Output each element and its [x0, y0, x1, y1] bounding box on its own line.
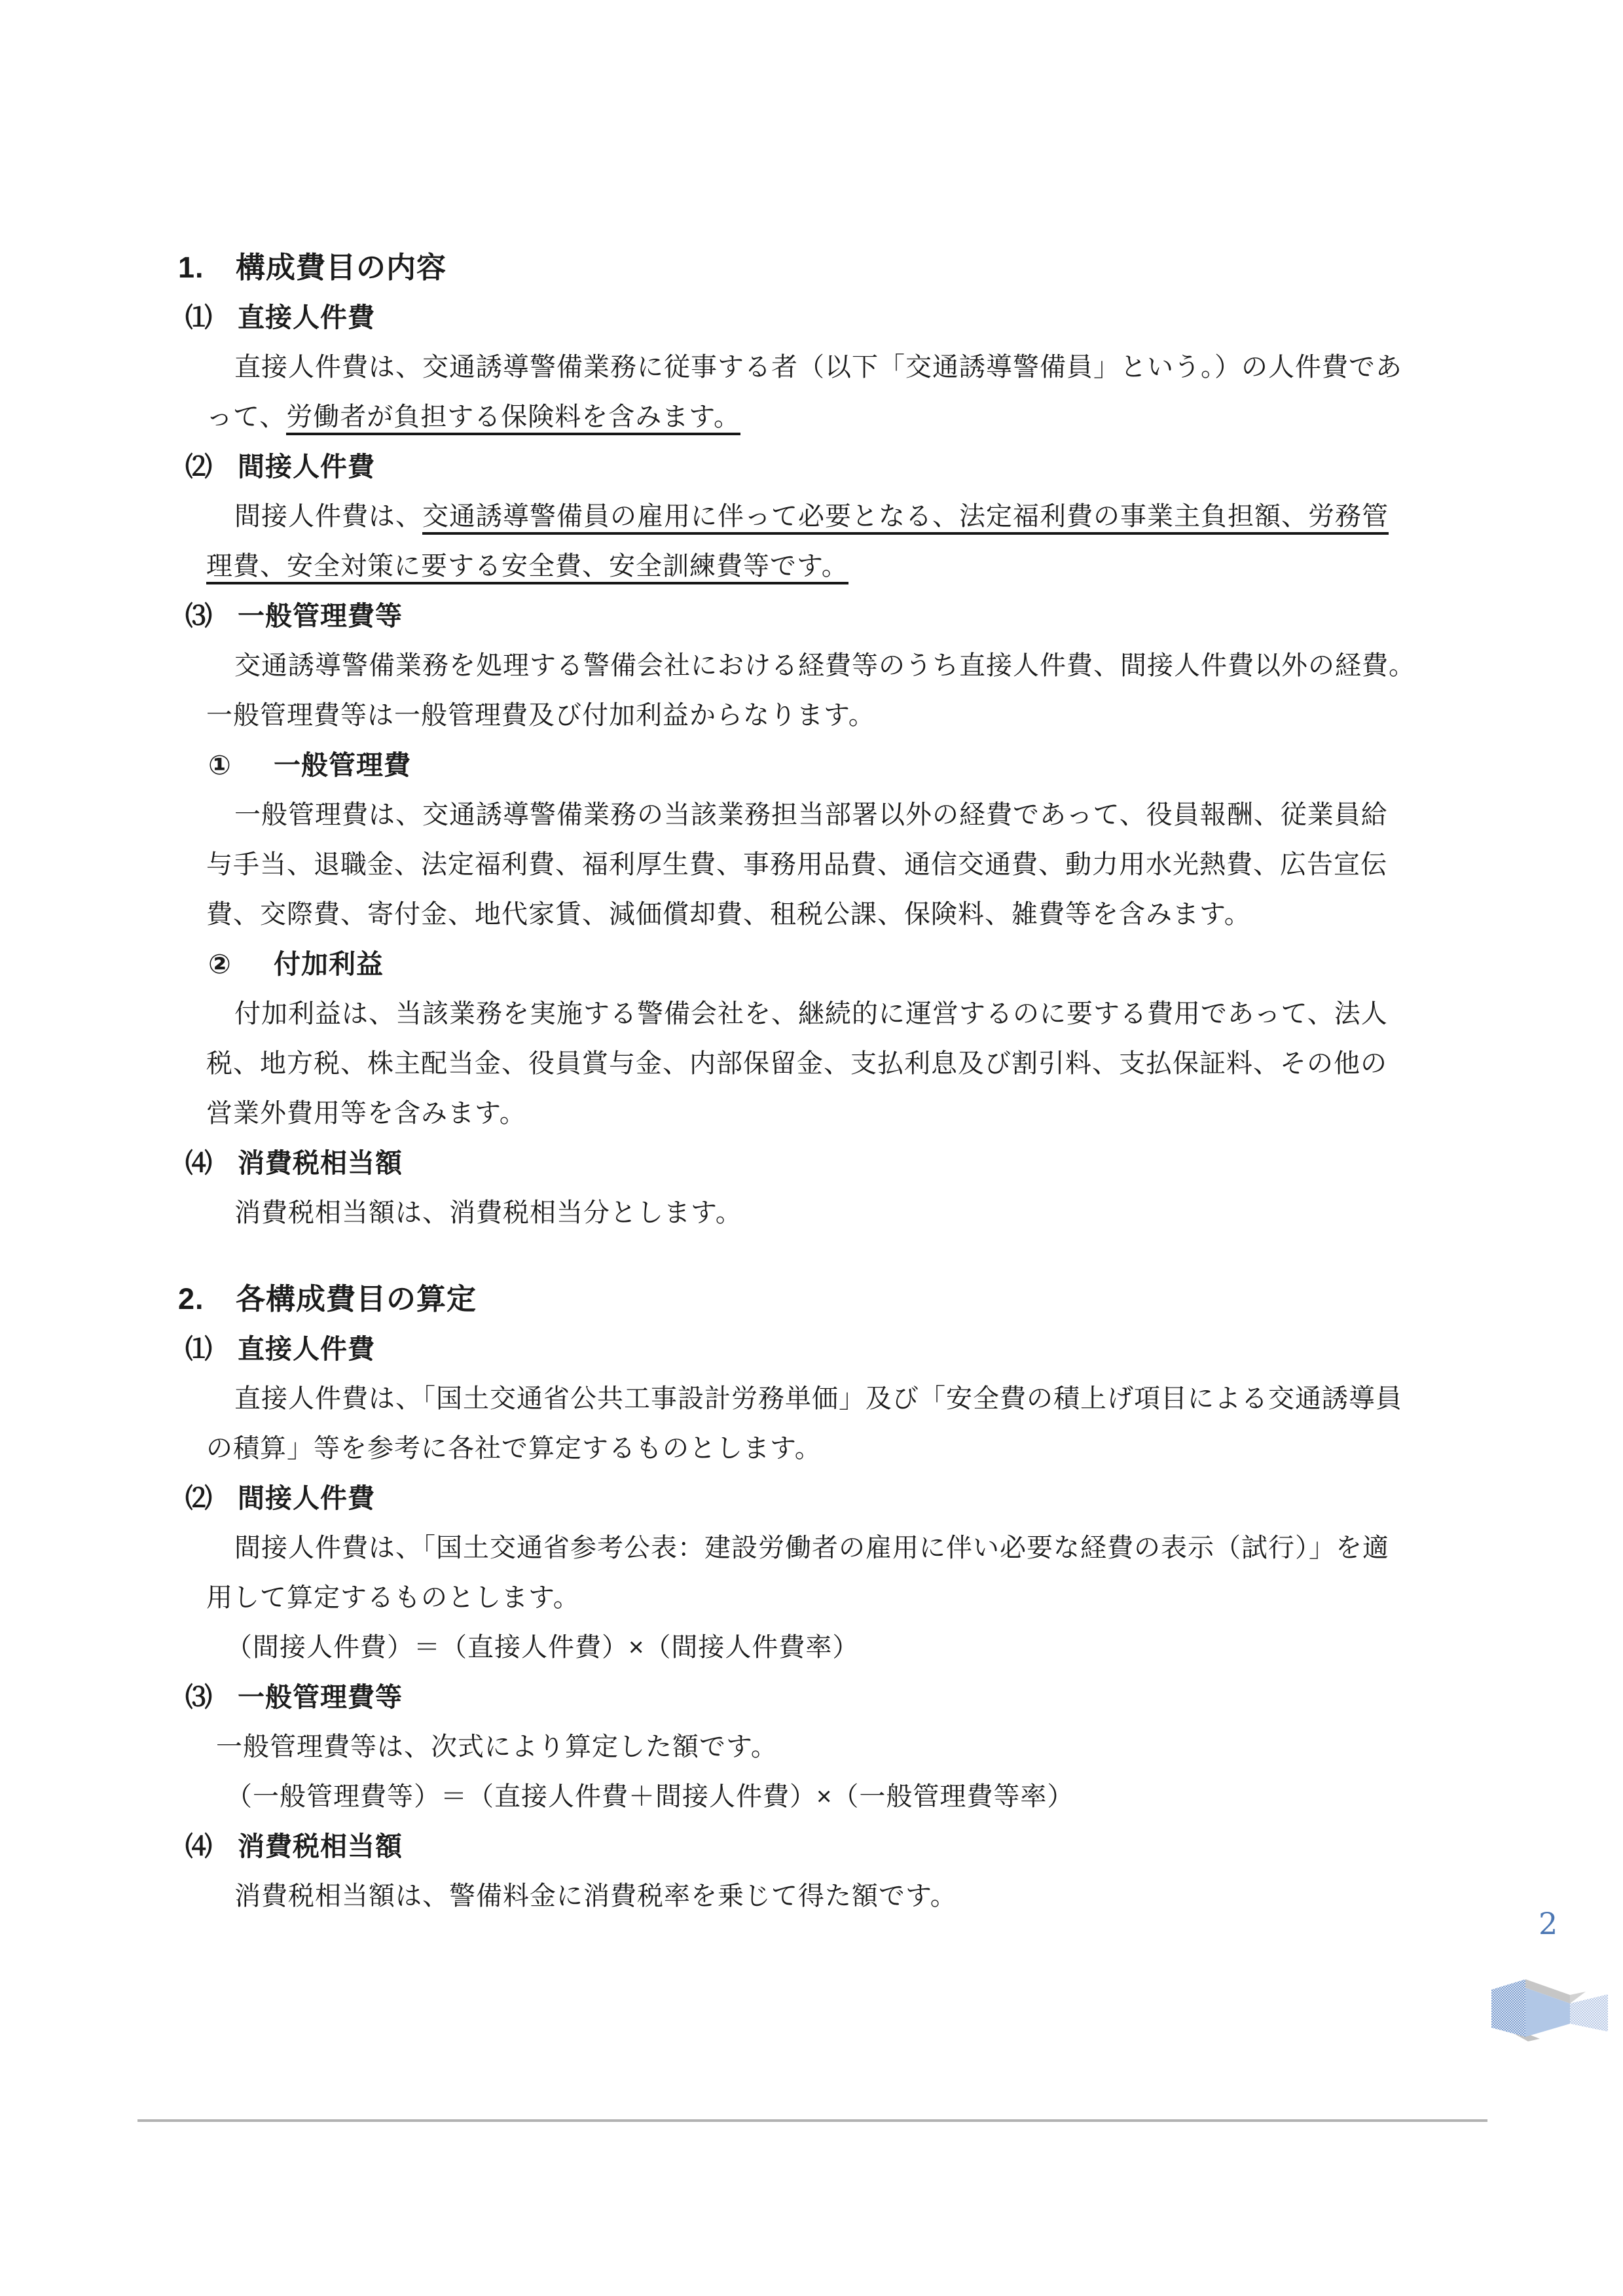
ribbon-decoration [1486, 1974, 1611, 2042]
text-segment: 付加利益 [274, 949, 384, 979]
text-segment: 一般管理費等 [238, 1682, 403, 1712]
document-page: 1.構成費目の内容⑴直接人件費直接人件費は、交通誘導警備業務に従事する者（以下「… [0, 0, 1623, 2296]
formula-line: （間接人件費）＝（直接人件費）×（間接人件費率） [0, 1623, 1623, 1672]
text-segment: 間接人件費 [238, 1483, 375, 1513]
text-segment: 与手当、退職金、法定福利費、福利厚生費、事務用品費、通信交通費、動力用水光熱費、… [206, 850, 1387, 879]
item-number: ⑶ [185, 591, 238, 641]
document-body: 1.構成費目の内容⑴直接人件費直接人件費は、交通誘導警備業務に従事する者（以下「… [0, 243, 1623, 1921]
paragraph-line: 直接人件費は、「国土交通省公共工事設計労務単価」及び「安全費の積上げ項目による交… [0, 1374, 1623, 1424]
paragraph-line: 付加利益は、当該業務を実施する警備会社を、継続的に運営するのに要する費用であって… [0, 989, 1623, 1039]
item-number: ② [208, 939, 274, 989]
paragraph-line: 一般管理費等は、次式により算定した額です。 [0, 1722, 1623, 1772]
item-number: ⑷ [185, 1138, 238, 1188]
paragraph-line: 交通誘導警備業務を処理する警備会社における経費等のうち直接人件費、間接人件費以外… [0, 641, 1623, 691]
text-segment: （一般管理費等）＝（直接人件費＋間接人件費）×（一般管理費等率） [226, 1782, 1074, 1811]
paragraph-line: 営業外費用等を含みます。 [0, 1088, 1623, 1138]
text-segment: 一般管理費等 [238, 601, 403, 631]
paragraph-line: 間接人件費は、交通誘導警備員の雇用に伴って必要となる、法定福利費の事業主負担額、… [0, 492, 1623, 541]
item-heading: ⑴直接人件費 [0, 293, 1623, 342]
item-heading: ⑵間接人件費 [0, 442, 1623, 492]
text-segment: 消費税相当額 [238, 1831, 403, 1861]
text-segment: 付加利益は、当該業務を実施する警備会社を、継続的に運営するのに要する費用であって… [234, 999, 1388, 1028]
section-title: 2.各構成費目の算定 [0, 1274, 1623, 1324]
item-heading: ⑵間接人件費 [0, 1473, 1623, 1523]
text-segment: 構成費目の内容 [236, 251, 447, 284]
item-number: ⑷ [185, 1821, 238, 1871]
text-segment: 消費税相当額は、警備料金に消費税率を乗じて得た額です。 [234, 1882, 957, 1910]
item-number: ⑴ [185, 1324, 238, 1374]
spacer [0, 1238, 1623, 1274]
underlined-text: 労働者が負担する保険料を含みます。 [286, 403, 740, 435]
paragraph-line: 消費税相当額は、警備料金に消費税率を乗じて得た額です。 [0, 1871, 1623, 1921]
text-segment: 消費税相当額は、消費税相当分とします。 [234, 1198, 742, 1227]
item-number: ⑴ [185, 293, 238, 342]
paragraph-line: 一般管理費は、交通誘導警備業務の当該業務担当部署以外の経費であって、役員報酬、従… [0, 790, 1623, 840]
sub-item-heading: ①一般管理費 [0, 740, 1623, 790]
text-segment: 間接人件費は、 [234, 502, 422, 531]
paragraph-line: 理費、安全対策に要する安全費、安全訓練費等です。 [0, 541, 1623, 591]
text-segment: 一般管理費等は一般管理費及び付加利益からなります。 [206, 701, 875, 730]
item-heading: ⑷消費税相当額 [0, 1821, 1623, 1871]
paragraph-line: 税、地方税、株主配当金、役員賞与金、内部保留金、支払利息及び割引料、支払保証料、… [0, 1039, 1623, 1088]
formula-line: （一般管理費等）＝（直接人件費＋間接人件費）×（一般管理費等率） [0, 1772, 1623, 1821]
item-number: ⑵ [185, 1473, 238, 1523]
text-segment: 一般管理費等は、次式により算定した額です。 [216, 1732, 778, 1761]
text-segment: の積算」等を参考に各社で算定するものとします。 [206, 1434, 822, 1463]
paragraph-line: 費、交際費、寄付金、地代家賃、減価償却費、租税公課、保険料、雑費等を含みます。 [0, 889, 1623, 939]
underlined-text: 理費、安全対策に要する安全費、安全訓練費等です。 [206, 552, 848, 584]
sub-item-heading: ②付加利益 [0, 939, 1623, 989]
item-number: ⑶ [185, 1672, 238, 1722]
section-title: 1.構成費目の内容 [0, 243, 1623, 293]
item-heading: ⑴直接人件費 [0, 1324, 1623, 1374]
text-segment: 一般管理費は、交通誘導警備業務の当該業務担当部署以外の経費であって、役員報酬、従… [234, 800, 1388, 829]
text-segment: 間接人件費は、「国土交通省参考公表：建設労働者の雇用に伴い必要な経費の表示（試行… [234, 1534, 1389, 1562]
paragraph-line: の積算」等を参考に各社で算定するものとします。 [0, 1424, 1623, 1473]
text-segment: 直接人件費 [238, 302, 375, 332]
text-segment: 用して算定するものとします。 [206, 1583, 580, 1612]
paragraph-line: 与手当、退職金、法定福利費、福利厚生費、事務用品費、通信交通費、動力用水光熱費、… [0, 840, 1623, 889]
paragraph-line: って、労働者が負担する保険料を含みます。 [0, 392, 1623, 442]
paragraph-line: 直接人件費は、交通誘導警備業務に従事する者（以下「交通誘導警備員」という。）の人… [0, 342, 1623, 392]
text-segment: 税、地方税、株主配当金、役員賞与金、内部保留金、支払利息及び割引料、支払保証料、… [206, 1049, 1387, 1078]
text-segment: 消費税相当額 [238, 1148, 403, 1178]
item-heading: ⑶一般管理費等 [0, 1672, 1623, 1722]
paragraph-line: 一般管理費等は一般管理費及び付加利益からなります。 [0, 691, 1623, 740]
text-segment: 各構成費目の算定 [236, 1282, 477, 1316]
page-number: 2 [1539, 1906, 1558, 1941]
item-number: ① [208, 740, 274, 790]
paragraph-line: 間接人件費は、「国土交通省参考公表：建設労働者の雇用に伴い必要な経費の表示（試行… [0, 1523, 1623, 1573]
underlined-text: 交通誘導警備員の雇用に伴って必要となる、法定福利費の事業主負担額、労務管 [422, 502, 1389, 535]
text-segment: 交通誘導警備業務を処理する警備会社における経費等のうち直接人件費、間接人件費以外… [234, 651, 1415, 680]
text-segment: って、 [206, 403, 286, 431]
text-segment: 直接人件費は、「国土交通省公共工事設計労務単価」及び「安全費の積上げ項目による交… [234, 1384, 1402, 1413]
text-segment: 直接人件費は、交通誘導警備業務に従事する者（以下「交通誘導警備員」という。）の人… [234, 353, 1402, 382]
item-heading: ⑶一般管理費等 [0, 591, 1623, 641]
item-number: ⑵ [185, 442, 238, 492]
text-segment: 費、交際費、寄付金、地代家賃、減価償却費、租税公課、保険料、雑費等を含みます。 [206, 900, 1251, 929]
text-segment: 一般管理費 [274, 750, 411, 780]
footer-divider [137, 2119, 1487, 2122]
text-segment: （間接人件費）＝（直接人件費）×（間接人件費率） [226, 1633, 859, 1662]
paragraph-line: 消費税相当額は、消費税相当分とします。 [0, 1188, 1623, 1238]
text-segment: 直接人件費 [238, 1334, 375, 1364]
item-heading: ⑷消費税相当額 [0, 1138, 1623, 1188]
paragraph-line: 用して算定するものとします。 [0, 1573, 1623, 1623]
text-segment: 間接人件費 [238, 452, 375, 482]
item-number: 2. [178, 1274, 236, 1324]
text-segment: 営業外費用等を含みます。 [206, 1099, 526, 1128]
item-number: 1. [178, 243, 236, 293]
